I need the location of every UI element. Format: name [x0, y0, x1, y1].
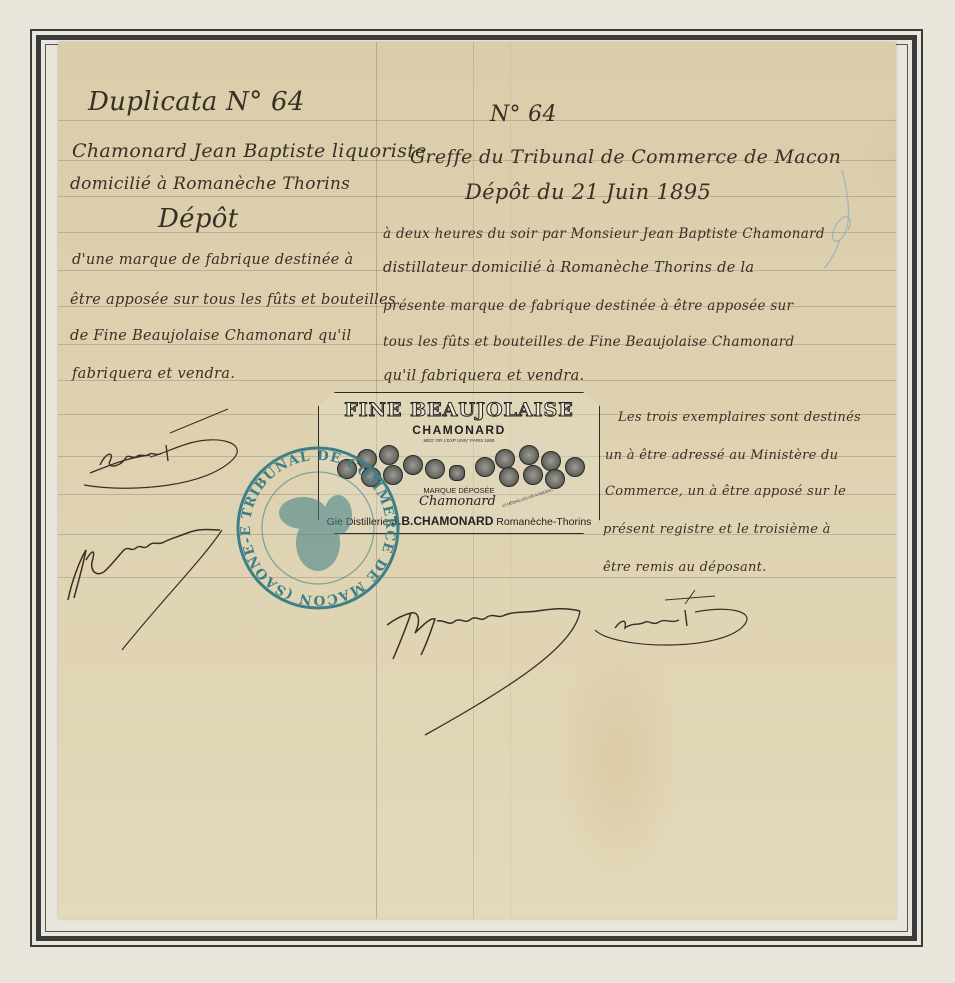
- pencil-annotation: [810, 160, 870, 270]
- deposit-date: Dépôt du 21 Juin 1895: [465, 180, 711, 204]
- label-bottom-place: Romanèche-Thorins: [496, 516, 591, 528]
- register-number: N° 64: [490, 102, 557, 127]
- medal-icon: [425, 459, 445, 479]
- note-line-5: être remis au déposant.: [603, 560, 767, 575]
- note-line-1: Les trois exemplaires sont destinés: [618, 410, 861, 425]
- right-line-6: tous les fûts et bouteilles de Fine Beau…: [383, 334, 794, 350]
- right-line-1: Greffe du Tribunal de Commerce de Macon: [410, 146, 841, 168]
- label-script-signature: Chamonard: [419, 494, 496, 509]
- medal-icon: [565, 457, 585, 477]
- medal-icon: [475, 457, 495, 477]
- label-title: FINE BEAUJOLAISE: [319, 399, 599, 421]
- left-line-6: de Fine Beaujolaise Chamonard qu'il: [70, 328, 351, 344]
- signature-chamonard-left: [62, 500, 252, 660]
- medal-icon: [403, 455, 423, 475]
- right-line-4: distillateur domicilié à Romanèche Thori…: [383, 260, 754, 276]
- left-line-2: domicilié à Romanèche Thorins: [70, 174, 350, 194]
- right-line-7: qu'il fabriquera et vendra.: [383, 368, 584, 384]
- right-line-5: présente marque de fabrique destinée à ê…: [383, 298, 793, 314]
- medal-icon: [519, 445, 539, 465]
- depot-heading: Dépôt: [158, 204, 238, 234]
- medal-icon: [541, 451, 561, 471]
- left-line-7: fabriquera et vendra.: [72, 366, 235, 382]
- signature-thimet-left: [70, 395, 250, 505]
- signature-thimet-right: [585, 590, 760, 660]
- note-line-4: présent registre et le troisième à: [603, 522, 831, 537]
- label-subtitle: CHAMONARD: [319, 423, 599, 437]
- label-bottom-name: J.B.CHAMONARD: [391, 514, 493, 528]
- left-line-4: d'une marque de fabrique destinée à: [72, 252, 353, 268]
- note-line-2: un à être adressé au Ministère du: [605, 448, 838, 463]
- cross-medal-icon: [449, 465, 465, 481]
- medal-icon: [495, 449, 515, 469]
- medal-icon: [523, 465, 543, 485]
- duplicata-heading: Duplicata N° 64: [88, 87, 305, 117]
- right-line-3: à deux heures du soir par Monsieur Jean …: [383, 226, 825, 242]
- medal-icon: [499, 467, 519, 487]
- note-line-3: Commerce, un à être apposé sur le: [605, 484, 846, 499]
- left-line-1: Chamonard Jean Baptiste liquoriste: [72, 140, 427, 162]
- left-line-5: être apposée sur tous les fûts et boutei…: [70, 292, 396, 308]
- ruled-line: [58, 120, 896, 121]
